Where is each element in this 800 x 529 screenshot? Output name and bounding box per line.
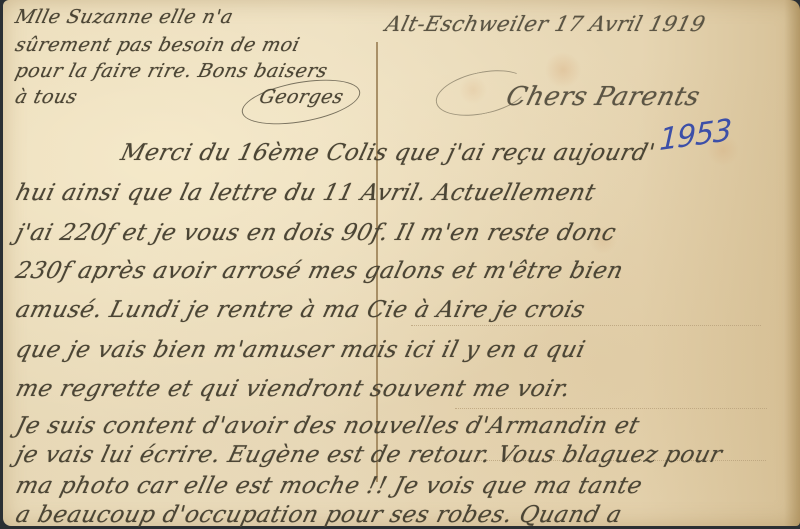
body-line-6: que je vais bien m'amuser mais ici il y … [13,337,588,363]
address-dotted-line-2 [455,408,767,409]
address-dotted-line-1 [411,325,761,326]
place-date: Alt-Eschweiler 17 Avril 1919 [383,12,708,36]
signature: Georges [257,86,346,108]
body-line-2: hui ainsi que la lettre du 11 Avril. Act… [13,180,598,206]
body-line-1: Merci du 16ème Colis que j'ai reçu aujou… [118,140,658,166]
body-line-8: Je suis content d'avoir des nouvelles d'… [13,413,642,439]
body-line-5: amusé. Lundi je rentre à ma Cie à Aire j… [13,297,588,323]
body-line-10: ma photo car elle est moche !! Je vois q… [13,473,645,499]
note-line-1: Mlle Suzanne elle n'a [13,6,236,28]
body-line-4: 230f après avoir arrosé mes galons et m'… [13,258,626,284]
note-line-3: pour la faire rire. Bons baisers [13,60,330,82]
archive-number: 1953 [659,113,732,159]
note-line-4: à tous [13,86,80,108]
postcard: Mlle Suzanne elle n'a sûrement pas besoi… [3,0,800,526]
body-line-7: me regrette et qui viendront souvent me … [13,376,573,402]
body-line-9: je vais lui écrire. Eugène est de retour… [13,442,725,468]
note-line-2: sûrement pas besoin de moi [13,34,302,56]
body-line-11: a beaucoup d'occupation pour ses robes. … [13,502,625,528]
greeting: Chers Parents [503,82,703,112]
body-line-3: j'ai 220f et je vous en dois 90f. Il m'e… [13,220,619,246]
